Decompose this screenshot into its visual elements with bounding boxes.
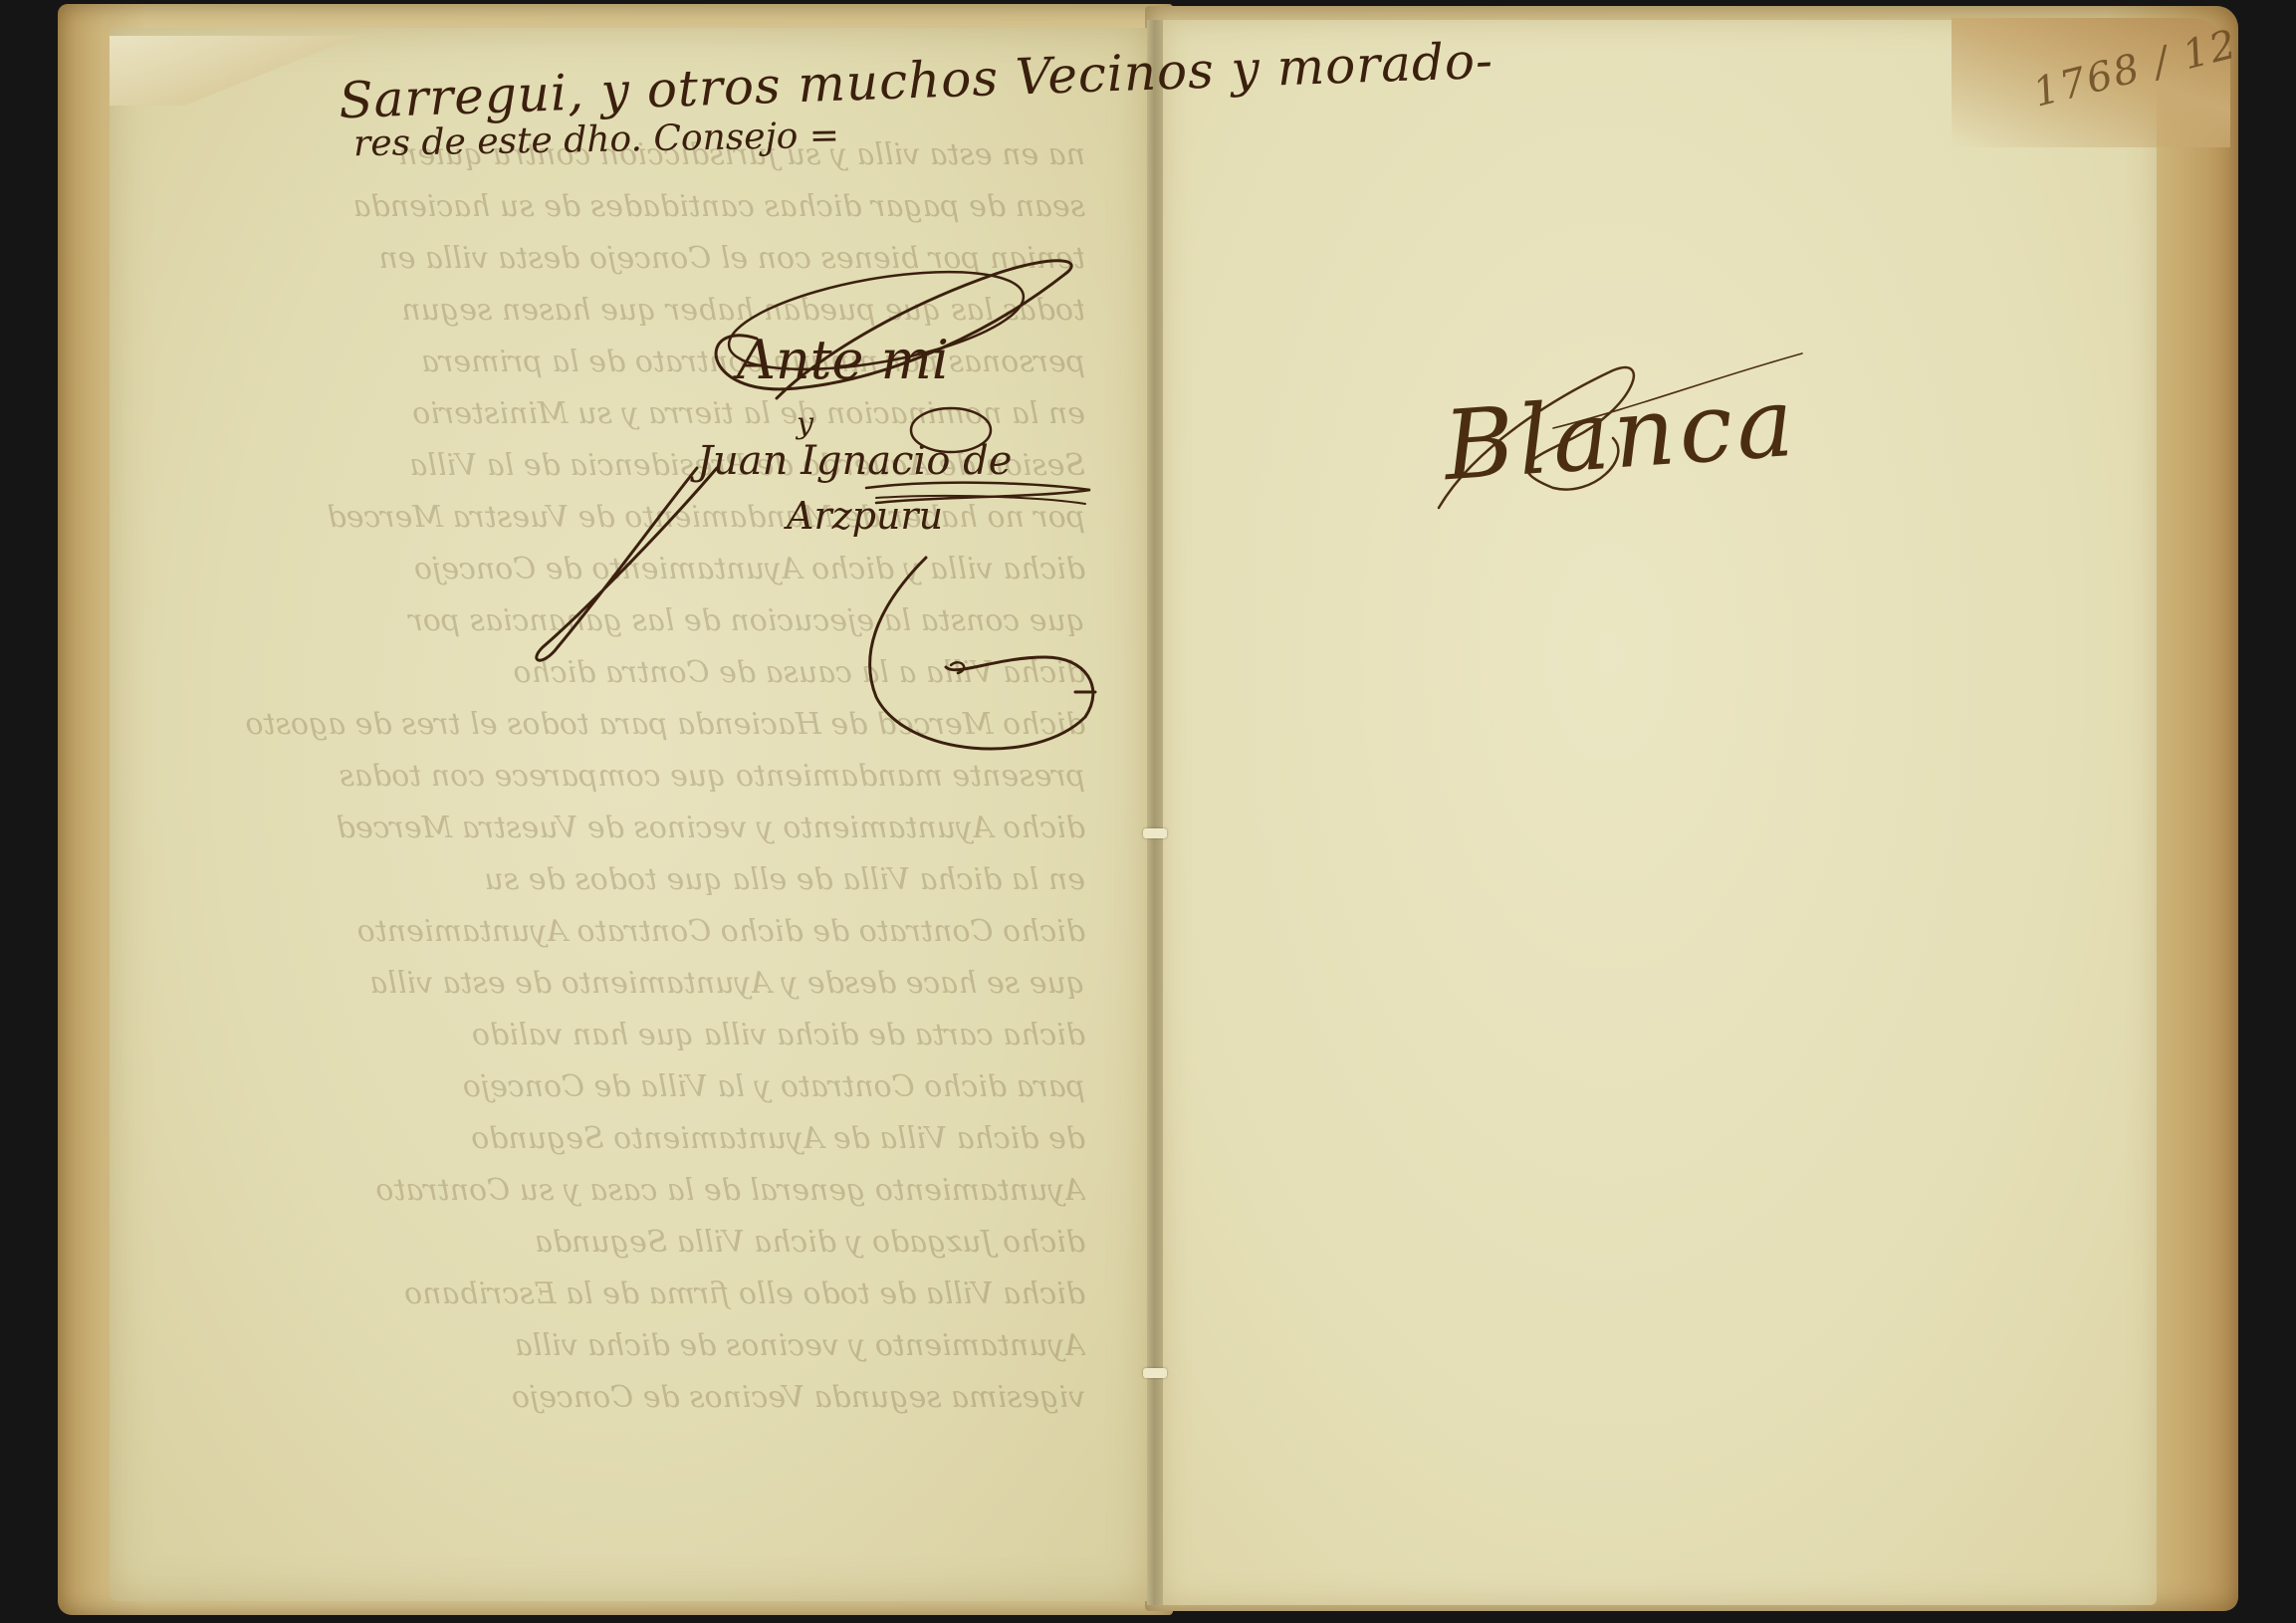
bleed-line: dicho Ayuntamiento y vecinos de Vuestra … — [149, 803, 1085, 854]
bleed-line: dicha villa y dicho Ayuntamiento de Conc… — [149, 544, 1085, 595]
binding-stitch-bottom — [1143, 1368, 1167, 1378]
bleed-line: tenian por bienes con el Concejo desta v… — [149, 233, 1085, 285]
signature-juan-ignacio: Juan Ignacio de — [697, 438, 1012, 484]
signature-arzpuru: Arzpuru — [787, 494, 943, 538]
manuscript-scan: 1768 / 12 na en esta villa y su jurisdic… — [0, 0, 2296, 1623]
bleed-line: dicho Merced de Hacienda para todos el t… — [149, 699, 1085, 751]
bleed-line: dicho Juzgado y dicha Villa Segunda — [149, 1217, 1085, 1269]
heading-line-2: res de este dho. Consejo = — [353, 116, 840, 165]
bleed-line: para dicho Contrato y la Villa de Concej… — [149, 1061, 1085, 1113]
bleed-through-text: na en esta villa y su jurisdiccion contr… — [149, 129, 1085, 1424]
bleed-line: Ayuntamiento y vecinos de dicha villa — [149, 1320, 1085, 1372]
bleed-line: por no haber de Mandamiento de Vuestra M… — [149, 492, 1085, 544]
binding-stitch-top — [1143, 828, 1167, 838]
bleed-line: dicha Villa de todo ello firma de la Esc… — [149, 1269, 1085, 1320]
bleed-line: que se hace desde y Ayuntamiento de esta… — [149, 958, 1085, 1010]
bleed-line: dicho Contrato de dicho Contrato Ayuntam… — [149, 906, 1085, 958]
bleed-line: dicha Villa a la causa de Contra dicho — [149, 647, 1085, 699]
bleed-line: vigesima segunda Vecinos de Concejo — [149, 1372, 1085, 1424]
bleed-line: en la nominacion de la tierra y su Minis… — [149, 388, 1085, 440]
bleed-line: en la dicha Villa de ella que todos de s… — [149, 854, 1085, 906]
bleed-line: sean de pagar dichas cantidades de su ha… — [149, 181, 1085, 233]
signature-conjunction: y — [797, 406, 813, 441]
bleed-line: Ayuntamiento general de la casa y su Con… — [149, 1165, 1085, 1217]
right-page — [1161, 20, 2157, 1605]
bleed-line: presente mandamiento que comparece con t… — [149, 751, 1085, 803]
bleed-line: que consta la ejecucion de las ganancias… — [149, 595, 1085, 647]
bleed-line: dicha carta de dicha villa que han valid… — [149, 1010, 1085, 1061]
bleed-line: de dicha Villa de Ayuntamiento Segundo — [149, 1113, 1085, 1165]
signature-ante-mi: Ante mi — [737, 329, 949, 391]
